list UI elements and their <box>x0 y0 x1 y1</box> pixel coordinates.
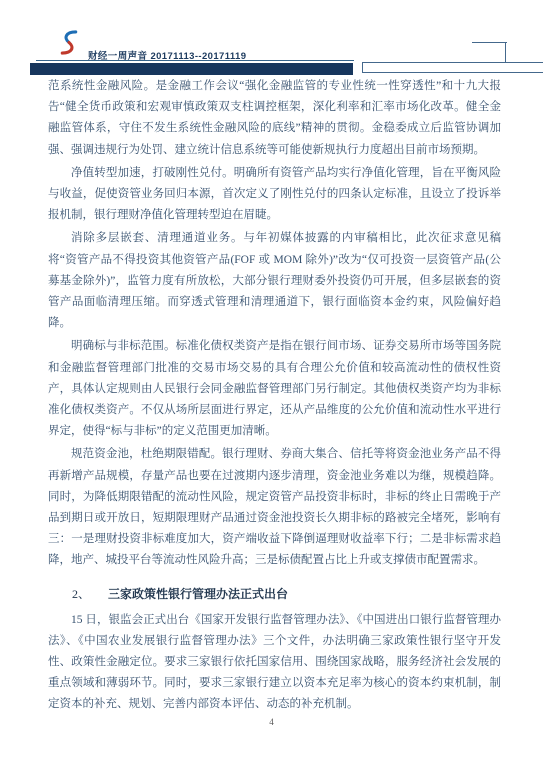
paragraph-risk-prevention: 范系统性金融风险。是金融工作会议“强化金融监管的专业性统一性穿透性”和十九大报告… <box>48 76 501 161</box>
header-rule-line <box>36 60 354 61</box>
paragraph-nested-products: 消除多层嵌套、清理通道业务。与年初媒体披露的内审稿相比，此次征求意见稿将“资管产… <box>48 228 501 334</box>
page-footer: 4 <box>0 712 543 730</box>
section-number: 2、 <box>72 587 90 601</box>
header-corner-line-vertical <box>505 42 506 63</box>
paragraph-fund-pool-rules: 规范资金池，杜绝期限错配。银行理财、券商大集合、信托等将资金池业务产品不得再新增… <box>48 444 501 571</box>
header-corner-line-top <box>472 42 507 43</box>
header-outline-box <box>362 62 543 73</box>
page-number: 4 <box>269 717 274 727</box>
document-body: 范系统性金融风险。是金融工作会议“强化金融监管的专业性统一性穿透性”和十九大报告… <box>48 76 501 718</box>
section-title: 三家政策性银行管理办法正式出台 <box>108 587 288 601</box>
document-page: 财经一周声音 20171113--20171119 范系统性金融风险。是金融工作… <box>0 0 543 768</box>
section-heading: 2、三家政策性银行管理办法正式出台 <box>48 584 501 605</box>
header-navy-bar <box>30 63 353 75</box>
paragraph-standard-vs-nonstandard: 明确标与非标范围。标准化债权类资产是指在银行间市场、证券交易所市场等国务院和金融… <box>48 336 501 442</box>
paragraph-net-value-transition: 净值转型加速，打破刚性兑付。明确所有资管产品均实行净值化管理，旨在平衡风险与收益… <box>48 163 501 227</box>
paragraph-policy-banks: 15 日，银监会正式出台《国家开发银行监督管理办法》、《中国进出口银行监督管理办… <box>48 610 501 716</box>
brand-s-swoosh-icon <box>59 30 79 55</box>
